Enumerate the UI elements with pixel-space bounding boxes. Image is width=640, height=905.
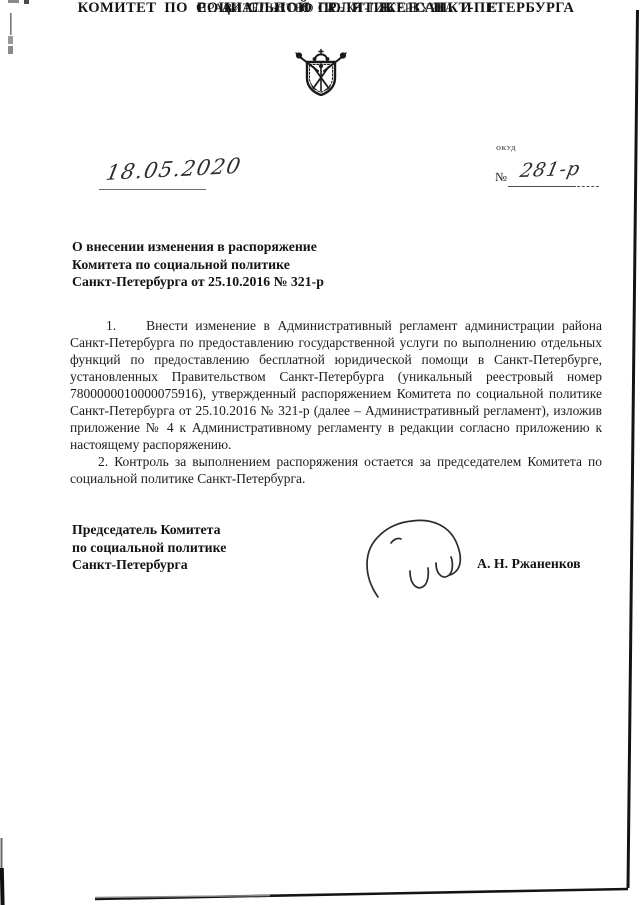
handwritten-document-number: 281-р xyxy=(518,158,583,182)
handwritten-signature-icon xyxy=(360,513,472,607)
document-body: 1.Внести изменение в Административный ре… xyxy=(70,317,602,487)
title-line-3: Санкт-Петербурга от 25.10.2016 № 321-р xyxy=(72,273,324,291)
number-underline xyxy=(508,186,576,187)
paragraph-1-number: 1. xyxy=(106,318,116,333)
date-underline xyxy=(99,189,206,190)
okud-label: ОКУД xyxy=(496,145,516,152)
handwritten-date: 18.05.2020 xyxy=(104,154,244,185)
body-paragraph-2: 2. Контроль за выполнением распоряжения … xyxy=(70,453,602,487)
signer-position-line-1: Председатель Комитета xyxy=(72,521,226,539)
number-underline-tail xyxy=(577,186,599,187)
paragraph-1-text: Внести изменение в Административный регл… xyxy=(70,318,602,452)
title-line-1: О внесении изменения в распоряжение xyxy=(72,238,324,256)
body-paragraph-1: 1.Внести изменение в Административный ре… xyxy=(70,317,602,453)
signer-name: А. Н. Ржаненков xyxy=(477,556,581,572)
saint-petersburg-coat-of-arms-icon xyxy=(289,48,353,96)
scanned-document-page: ПРАВИТЕЛЬСТВО САНКТ-ПЕТЕРБУРГА КОМИТЕТ П… xyxy=(0,0,640,905)
signer-position-line-3: Санкт-Петербурга xyxy=(72,556,226,574)
document-type-heading: Р А С П О Р Я Ж Е Н И Е xyxy=(60,0,640,17)
title-line-2: Комитета по социальной политике xyxy=(72,256,324,274)
signer-position: Председатель Комитета по социальной поли… xyxy=(72,521,226,574)
signer-position-line-2: по социальной политике xyxy=(72,539,226,557)
number-sign: № xyxy=(495,170,507,185)
document-title: О внесении изменения в распоряжение Коми… xyxy=(72,238,324,291)
